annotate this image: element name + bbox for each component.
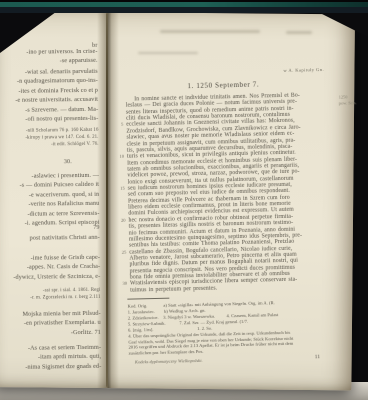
text-line: pow. Scis. xyxy=(339,100,368,107)
left-page-fragment-group: Mojska mienia ber mit Pilsud--en privati… xyxy=(4,309,101,338)
text-line: -se apparuisse. xyxy=(1,56,98,67)
page-number: 11 xyxy=(315,354,320,360)
text-line: -r. m. Zgorzelecki m. r. berg 2.111 xyxy=(3,294,100,302)
book-gutter-line xyxy=(106,13,108,387)
left-page: br -ino per universos. In crise--se appa… xyxy=(0,11,105,390)
margin-date-note: 1250pow. Scis. xyxy=(339,94,368,106)
footnote-apparatus: Kod. Orig. a) Statt «sigilla» mit Anhäng… xyxy=(127,298,358,357)
left-page-fragment-group: -As casa et seriem Tiseimm--itam aprdi m… xyxy=(4,343,101,372)
left-page-fragment-group: post nativitatis Christi ann- xyxy=(3,233,100,244)
book-photograph: br -ino per universos. In crise--se appa… xyxy=(0,0,368,400)
text-line: -it edit. Schlögel V. 76. xyxy=(2,141,99,149)
line-number xyxy=(115,287,130,294)
text-line: 79 xyxy=(3,223,100,234)
text-line: -ofi nostro qui presentes-lis- xyxy=(1,114,98,125)
left-page-note-group: -ssi spr. i sial. 4. 1861. Regi-r. m. Zg… xyxy=(3,287,100,302)
text-line: post nativitatis Christi ann- xyxy=(3,233,100,244)
left-page-section-number: 30. xyxy=(12,157,72,167)
charter-heading: 1. 1250 September 7. xyxy=(110,79,336,92)
footnote-separator xyxy=(127,298,169,300)
left-page-note-group: -nili Scholarum 76 p. 160 Kabat 16-kirop… xyxy=(1,127,98,149)
photo-top-shadow xyxy=(0,7,368,13)
scan-smudge xyxy=(286,31,312,34)
right-page: w A. Kapituły Gn. 1. 1250 September 7. 1… xyxy=(110,66,357,368)
left-page-fragment-group: 79 xyxy=(3,223,100,234)
charter-body-text: In nomine sancte et individue trinitatis… xyxy=(111,91,350,294)
text-line: -nima Sigismet dze gnads ed- xyxy=(4,362,101,373)
text-line: -Gorlitz. 71 xyxy=(4,328,101,339)
text-line: 30. xyxy=(12,157,72,167)
scan-smudge xyxy=(160,30,260,33)
left-page-fragment-group: -ino per universos. In crise--se apparui… xyxy=(0,47,97,67)
left-page-fragment-group: -aslawiec i presentium. —-s — domini Pui… xyxy=(2,171,100,229)
text-line: -dywicz, Ursteric de Szcinicza, e- xyxy=(3,272,100,283)
left-page-fragment-group: -ime fuisse de Grisib cape--appes. Nr. C… xyxy=(3,253,100,282)
series-signature: Kodeks dyplomatyczny Wielkopolski. xyxy=(135,358,203,365)
scan-smudge xyxy=(138,52,198,54)
left-page-fragment-group: -wiat sal. denariis parvulatis-n quadrag… xyxy=(1,67,99,125)
